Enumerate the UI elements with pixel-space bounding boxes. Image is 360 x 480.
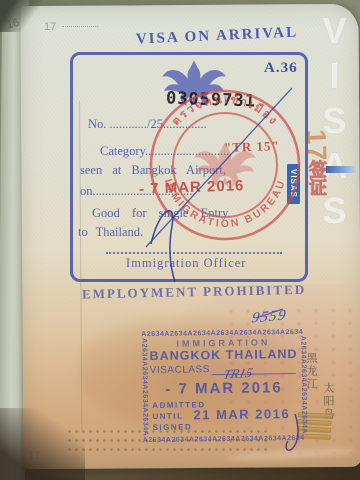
admission-border-right: A2634A2634A2634A2634A2634A2634A2634: [299, 336, 307, 435]
voa-to-thailand-line: to Thailand.: [78, 225, 143, 240]
voa-officer-line: Immigration Officer: [126, 256, 246, 271]
admission-stamp: A2634A2634A2634A2634A2634A2634A2634 A263…: [141, 329, 307, 444]
admission-visaclass-label: VISACLASS: [150, 364, 210, 376]
immigration-bureau-seal: ตรวจคนเข้าเมือง IMMIGRATION BUREAU: [148, 88, 302, 242]
photo-corner-shadow-topleft: [0, 0, 50, 32]
voa-form-code: A.36: [264, 60, 298, 77]
passport-photo-scene: 16 17 VISAS 17 VISAS 签证 黑龙江 太阳岛 17 VISA …: [0, 0, 360, 480]
officer-signature-rule: [106, 252, 282, 254]
page-header-microtext: [62, 26, 98, 29]
admission-until-date: 21 MAR 2016: [193, 406, 290, 422]
svg-text:IMMIGRATION BUREAU: IMMIGRATION BUREAU: [162, 177, 288, 230]
photo-corner-shadow-bottomleft: [0, 408, 85, 480]
visa-header-gradient-bar: [326, 166, 356, 173]
admission-until-label: UNTIL: [152, 412, 183, 421]
handwritten-reference-number: 9559: [250, 308, 287, 328]
svg-text:ตรวจคนเข้าเมือง: ตรวจคนเข้าเมือง: [170, 93, 280, 128]
seal-bottom-text: IMMIGRATION BUREAU: [162, 177, 288, 230]
admission-border-left: A2634A2634A2634A2634A2634A2634A2634: [140, 338, 148, 437]
admission-details: ADMITTED UNTIL 21 MAR 2016 SIGNED: [142, 399, 306, 432]
admission-location: BANGKOK THAILAND: [141, 347, 305, 363]
seal-top-text: ตรวจคนเข้าเมือง: [170, 93, 280, 128]
admission-signed-label: SIGNED: [153, 421, 307, 432]
admission-visaclass-handwritten: TR15: [222, 365, 255, 383]
